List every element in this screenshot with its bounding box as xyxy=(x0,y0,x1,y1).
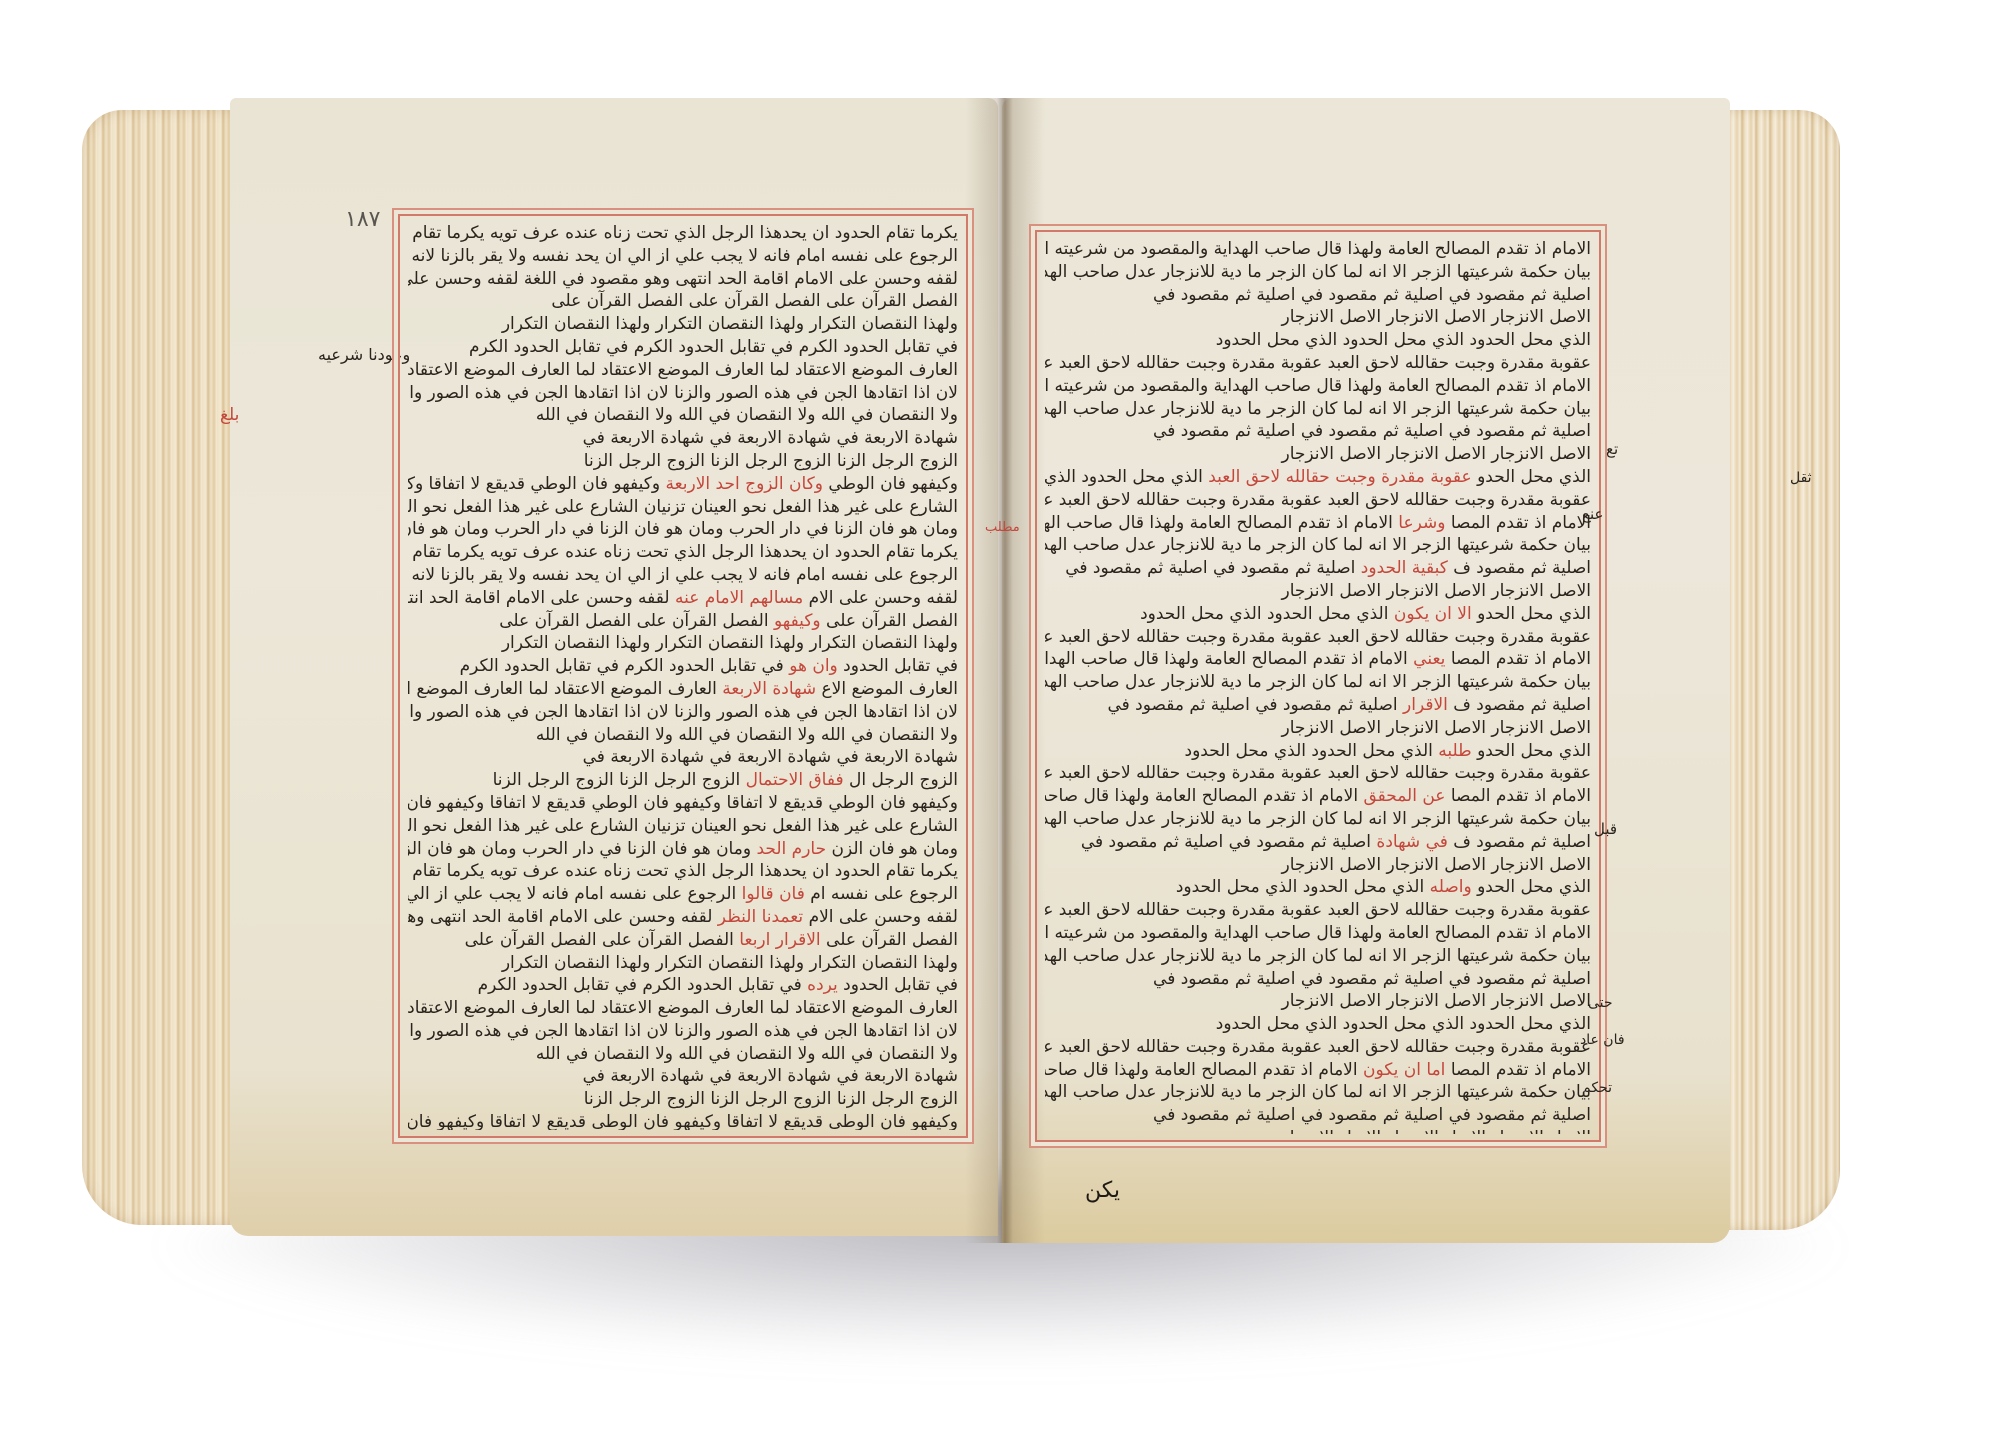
text-line: يكرما تقام الحدود ان يحدهذا الرجل الذي ت… xyxy=(408,541,958,564)
rubric: وكان الزوج احد الاربعة xyxy=(660,474,823,494)
text-line: بيان حكمة شرعيتها الزجر الا انه لما كان … xyxy=(1045,671,1591,694)
text-line: الذي محل الحدود الذي محل الحدود الذي محل… xyxy=(1045,1013,1591,1036)
text-line: لقفه وحسن على الام تعمدنا النظر لقفه وحس… xyxy=(408,906,958,929)
margin-note: تحكم xyxy=(1582,1080,1612,1096)
text-line: الاصل الانزجار الاصل الانزجار الاصل الان… xyxy=(1045,306,1591,329)
folio-number: ١٨٧ xyxy=(345,207,380,232)
text-line: العارف الموضع الاعتقاد لما العارف الموضع… xyxy=(408,997,958,1020)
margin-note: بلغ xyxy=(220,405,239,425)
text-line: الذي محل الحدو واصله الذي محل الحدود الذ… xyxy=(1045,876,1591,899)
text-line: شهادة الاربعة في شهادة الاربعة في شهادة … xyxy=(408,746,958,769)
text-line: الامام اذ تقدم المصالح العامة ولهذا قال … xyxy=(1045,375,1591,398)
text-line: الرجوع على نفسه امام فانه لا يجب علي از … xyxy=(408,245,958,268)
left-text-frame: يكرما تقام الحدود ان يحدهذا الرجل الذي ت… xyxy=(398,214,968,1138)
text-line: شهادة الاربعة في شهادة الاربعة في شهادة … xyxy=(408,427,958,450)
rubric: الاقرار xyxy=(1398,695,1448,715)
rubric: شهادة الاربعة xyxy=(717,679,816,699)
text-line: الزوج الرجل الزنا الزوج الرجل الزنا الزو… xyxy=(408,450,958,473)
text-line: الرجوع على نفسه امام فانه لا يجب علي از … xyxy=(408,564,958,587)
text-line: بيان حكمة شرعيتها الزجر الا انه لما كان … xyxy=(1045,398,1591,421)
text-line: ولا النقصان في الله ولا النقصان في الله … xyxy=(408,1043,958,1066)
text-line: الامام اذ تقدم المصا يعني الامام اذ تقدم… xyxy=(1045,648,1591,671)
text-line: اصلية ثم مقصود في اصلية ثم مقصود في اصلي… xyxy=(1045,420,1591,443)
margin-note: ثقل xyxy=(1790,470,1812,486)
text-line: ولا النقصان في الله ولا النقصان في الله … xyxy=(408,404,958,427)
text-line: في تقابل الحدود وان هو في تقابل الحدود ا… xyxy=(408,655,958,678)
margin-note: وعودنا شرعيه xyxy=(318,345,410,364)
text-line: لان اذا اتقادها الجن في هذه الصور والزنا… xyxy=(408,382,958,405)
text-line: الشارع على غير هذا الفعل نحو العينان تزن… xyxy=(408,815,958,838)
text-line: يكرما تقام الحدود ان يحدهذا الرجل الذي ت… xyxy=(408,222,958,245)
margin-note: فان عاد xyxy=(1580,1032,1625,1048)
text-line: عقوبة مقدرة وجبت حقالله لاحق العبد عقوبة… xyxy=(1045,762,1591,785)
text-line: لان اذا اتقادها الجن في هذه الصور والزنا… xyxy=(408,701,958,724)
text-line: الاصل الانزجار الاصل الانزجار الاصل الان… xyxy=(1045,1127,1591,1134)
text-line: اصلية ثم مقصود ف كبقية الحدود اصلية ثم م… xyxy=(1045,557,1591,580)
rubric: تعمدنا النظر xyxy=(712,907,803,927)
rubric: في شهادة xyxy=(1371,832,1448,852)
text-line: الاصل الانزجار الاصل الانزجار الاصل الان… xyxy=(1045,717,1591,740)
open-manuscript: ١٨٧ وعودنا شرعيه بلغ يكرما تقام الحدود ا… xyxy=(0,0,2000,1442)
gutter-shadow xyxy=(965,98,1045,1243)
text-line: شهادة الاربعة في شهادة الاربعة في شهادة … xyxy=(408,1065,958,1088)
rubric: واصله xyxy=(1424,877,1472,897)
text-line: وكيفهو فان الوطي قديقع لا اتفاقا وكيفهو … xyxy=(408,792,958,815)
margin-note: تع xyxy=(1606,440,1618,458)
text-line: الامام اذ تقدم المصا عن المحقق الامام اذ… xyxy=(1045,785,1591,808)
text-line: وكيفهو فان الوطي وكان الزوج احد الاربعة … xyxy=(408,473,958,496)
text-line: بيان حكمة شرعيتها الزجر الا انه لما كان … xyxy=(1045,945,1591,968)
text-line: يكرما تقام الحدود ان يحدهذا الرجل الذي ت… xyxy=(408,860,958,883)
catchword: يكن xyxy=(1085,1178,1120,1203)
text-line: الامام اذ تقدم المصا اما ان يكون الامام … xyxy=(1045,1059,1591,1082)
text-line: العارف الموضع الاع شهادة الاربعة العارف … xyxy=(408,678,958,701)
right-text-block: الامام اذ تقدم المصالح العامة ولهذا قال … xyxy=(1045,238,1591,1134)
text-line: اصلية ثم مقصود ف في شهادة اصلية ثم مقصود… xyxy=(1045,831,1591,854)
text-line: الذي محل الحدو عقوبة مقدرة وجبت حقالله ل… xyxy=(1045,466,1591,489)
text-line: بيان حكمة شرعيتها الزجر الا انه لما كان … xyxy=(1045,534,1591,557)
rubric: حارم الحد xyxy=(751,839,826,859)
text-line: الاصل الانزجار الاصل الانزجار الاصل الان… xyxy=(1045,443,1591,466)
rubric: اما ان يكون xyxy=(1358,1060,1446,1080)
rubric: ففاق الاحتمال xyxy=(740,770,843,790)
right-text-frame: الامام اذ تقدم المصالح العامة ولهذا قال … xyxy=(1035,230,1601,1142)
text-line: بيان حكمة شرعيتها الزجر الا انه لما كان … xyxy=(1045,808,1591,831)
text-line: الاصل الانزجار الاصل الانزجار الاصل الان… xyxy=(1045,854,1591,877)
text-line: العارف الموضع الاعتقاد لما العارف الموضع… xyxy=(408,359,958,382)
text-line: لقفه وحسن على الامام اقامة الحد انتهى وه… xyxy=(408,268,958,291)
text-line: ومان هو فان الزن حارم الحد ومان هو فان ا… xyxy=(408,838,958,861)
rubric: عن المحقق xyxy=(1358,786,1445,806)
margin-note: عنع xyxy=(1582,505,1603,523)
rubric: طلبه xyxy=(1433,741,1472,761)
text-line: في تقابل الحدود يرده في تقابل الحدود الك… xyxy=(408,974,958,997)
text-line: الفصل القرآن على الفصل القرآن على الفصل … xyxy=(408,290,958,313)
text-line: ومان هو فان الزنا في دار الحرب ومان هو ف… xyxy=(408,518,958,541)
text-line: اصلية ثم مقصود في اصلية ثم مقصود في اصلي… xyxy=(1045,284,1591,307)
rubric: كبقية الحدود xyxy=(1355,558,1447,578)
rubric: الاقرار اربعا xyxy=(734,930,821,950)
left-text-block: يكرما تقام الحدود ان يحدهذا الرجل الذي ت… xyxy=(408,222,958,1130)
text-line: عقوبة مقدرة وجبت حقالله لاحق العبد عقوبة… xyxy=(1045,626,1591,649)
rubric: وان هو xyxy=(784,656,838,676)
text-line: الذي محل الحدو طلبه الذي محل الحدود الذي… xyxy=(1045,740,1591,763)
margin-note: قبل xyxy=(1594,820,1617,838)
text-line: الامام اذ تقدم المصالح العامة ولهذا قال … xyxy=(1045,238,1591,261)
text-line: لقفه وحسن على الام مسالهم الامام عنه لقف… xyxy=(408,587,958,610)
text-line: الاصل الانزجار الاصل الانزجار الاصل الان… xyxy=(1045,990,1591,1013)
text-line: الرجوع على نفسه ام فان قالوا الرجوع على … xyxy=(408,883,958,906)
margin-note: حتى xyxy=(1588,995,1613,1011)
rubric: مسالهم الامام عنه xyxy=(670,588,804,608)
text-line: وكيفهو فان الوطي قديقع لا اتفاقا وكيفهو … xyxy=(408,1111,958,1130)
text-line: بيان حكمة شرعيتها الزجر الا انه لما كان … xyxy=(1045,261,1591,284)
text-line: ولهذا النقصان التكرار ولهذا النقصان التك… xyxy=(408,632,958,655)
text-line: ولا النقصان في الله ولا النقصان في الله … xyxy=(408,724,958,747)
rubric: فان قالوا xyxy=(736,884,805,904)
left-fore-edge xyxy=(82,110,242,1225)
text-line: ولهذا النقصان التكرار ولهذا النقصان التك… xyxy=(408,952,958,975)
text-line: الفصل القرآن على وكيفهو الفصل القرآن على… xyxy=(408,610,958,633)
text-line: الاصل الانزجار الاصل الانزجار الاصل الان… xyxy=(1045,580,1591,603)
rubric: يرده xyxy=(802,975,838,995)
text-line: الذي محل الحدود الذي محل الحدود الذي محل… xyxy=(1045,329,1591,352)
text-line: عقوبة مقدرة وجبت حقالله لاحق العبد عقوبة… xyxy=(1045,489,1591,512)
text-line: اصلية ثم مقصود في اصلية ثم مقصود في اصلي… xyxy=(1045,1104,1591,1127)
rubric: عقوبة مقدرة وجبت حقالله لاحق العبد xyxy=(1203,467,1472,487)
margin-note: مطلب xyxy=(985,520,1020,535)
text-line: اصلية ثم مقصود ف الاقرار اصلية ثم مقصود … xyxy=(1045,694,1591,717)
text-line: الامام اذ تقدم المصالح العامة ولهذا قال … xyxy=(1045,922,1591,945)
text-line: ولهذا النقصان التكرار ولهذا النقصان التك… xyxy=(408,313,958,336)
text-line: الشارع على غير هذا الفعل نحو العينان تزن… xyxy=(408,496,958,519)
right-fore-edge xyxy=(1720,110,1840,1230)
text-line: عقوبة مقدرة وجبت حقالله لاحق العبد عقوبة… xyxy=(1045,899,1591,922)
text-line: الزوج الرجل الزنا الزوج الرجل الزنا الزو… xyxy=(408,1088,958,1111)
text-line: الذي محل الحدو الا ان يكون الذي محل الحد… xyxy=(1045,603,1591,626)
rubric: يعني xyxy=(1408,649,1446,669)
rubric: وشرعا xyxy=(1393,513,1446,533)
text-line: عقوبة مقدرة وجبت حقالله لاحق العبد عقوبة… xyxy=(1045,1036,1591,1059)
text-line: في تقابل الحدود الكرم في تقابل الحدود ال… xyxy=(408,336,958,359)
text-line: الزوج الرجل ال ففاق الاحتمال الزوج الرجل… xyxy=(408,769,958,792)
text-line: بيان حكمة شرعيتها الزجر الا انه لما كان … xyxy=(1045,1081,1591,1104)
text-line: عقوبة مقدرة وجبت حقالله لاحق العبد عقوبة… xyxy=(1045,352,1591,375)
text-line: اصلية ثم مقصود في اصلية ثم مقصود في اصلي… xyxy=(1045,968,1591,991)
text-line: الفصل القرآن على الاقرار اربعا الفصل الق… xyxy=(408,929,958,952)
text-line: الامام اذ تقدم المصا وشرعا الامام اذ تقد… xyxy=(1045,512,1591,535)
rubric: وكيفهو xyxy=(769,611,821,631)
text-line: لان اذا اتقادها الجن في هذه الصور والزنا… xyxy=(408,1020,958,1043)
rubric: الا ان يكون xyxy=(1388,604,1471,624)
